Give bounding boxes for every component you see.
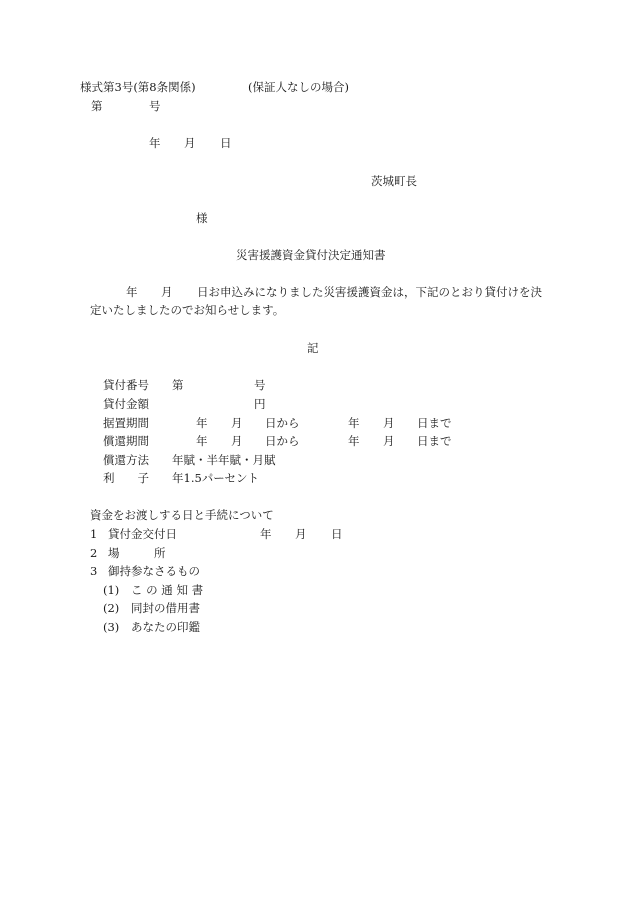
intro-month: 月 xyxy=(161,287,173,299)
form-label: 様式第3号(第8条関係) xyxy=(80,82,196,94)
procedure-heading: 資金をお渡しする日と手続について xyxy=(90,510,274,522)
ki-heading: 記 xyxy=(307,343,319,355)
subitem-label: あなたの印鑑 xyxy=(131,622,200,634)
delivery-day: 日 xyxy=(331,529,343,541)
detail-value: 月 xyxy=(383,418,395,430)
subitem-label: 同封の借用書 xyxy=(131,603,200,615)
delivery-year: 年 xyxy=(260,529,272,541)
case-label: (保証人なしの場合) xyxy=(248,82,349,94)
detail-label: 据置期間 xyxy=(103,418,149,430)
detail-label: 償還方法 xyxy=(103,455,149,467)
detail-value: 年 xyxy=(196,436,208,448)
procedure-item-label: 御持参なさるもの xyxy=(108,566,200,578)
subitem-number: (3) xyxy=(103,622,119,634)
detail-label: 償還期間 xyxy=(103,436,149,448)
subitem-number: (1) xyxy=(103,585,119,597)
delivery-month: 月 xyxy=(295,529,307,541)
detail-value: 日まで xyxy=(417,418,452,430)
detail-value: 円 xyxy=(254,399,266,411)
subitem-number: (2) xyxy=(103,603,119,615)
detail-value: 年 xyxy=(196,418,208,430)
detail-value: 年1.5パーセント xyxy=(172,473,259,485)
procedure-item-number: 3 xyxy=(90,566,97,578)
detail-value: 日から xyxy=(265,436,300,448)
detail-label: 貸付番号 xyxy=(103,380,149,392)
detail-value: 日から xyxy=(265,418,300,430)
date-month: 月 xyxy=(184,138,196,150)
date-year: 年 xyxy=(149,138,161,150)
procedure-item-label: 場 所 xyxy=(108,548,166,560)
detail-value: 月 xyxy=(383,436,395,448)
document-page: 様式第3号(第8条関係) (保証人なしの場合) 第 号 年 月 日 茨城町長 様… xyxy=(0,0,630,903)
intro-line2: 定いたしましたのでお知らせします。 xyxy=(90,305,284,317)
procedure-item-label: 貸付金交付日 xyxy=(108,529,177,541)
issuer: 茨城町長 xyxy=(371,176,417,188)
procedure-item-number: 1 xyxy=(90,529,97,541)
doc-number-suffix: 号 xyxy=(149,101,161,113)
detail-value: 号 xyxy=(254,380,266,392)
intro-year: 年 xyxy=(126,287,138,299)
detail-value: 日まで xyxy=(417,436,452,448)
detail-value: 月 xyxy=(231,436,243,448)
subitem-label: こ の 通 知 書 xyxy=(131,585,203,597)
detail-value: 第 xyxy=(172,380,184,392)
page-title: 災害援護資金貸付決定通知書 xyxy=(236,250,386,262)
doc-number-prefix: 第 xyxy=(91,101,103,113)
procedure-item-number: 2 xyxy=(90,548,97,560)
detail-value: 年賦・半年賦・月賦 xyxy=(172,455,276,467)
date-day: 日 xyxy=(220,138,232,150)
intro-line1: 日お申込みになりました災害援護資金は，下記のとおり貸付けを決 xyxy=(197,287,542,299)
detail-value: 年 xyxy=(348,418,360,430)
detail-value: 月 xyxy=(231,418,243,430)
recipient-suffix: 様 xyxy=(196,213,208,225)
detail-label: 貸付金額 xyxy=(103,399,149,411)
detail-label: 利 子 xyxy=(103,473,149,485)
detail-value: 年 xyxy=(348,436,360,448)
